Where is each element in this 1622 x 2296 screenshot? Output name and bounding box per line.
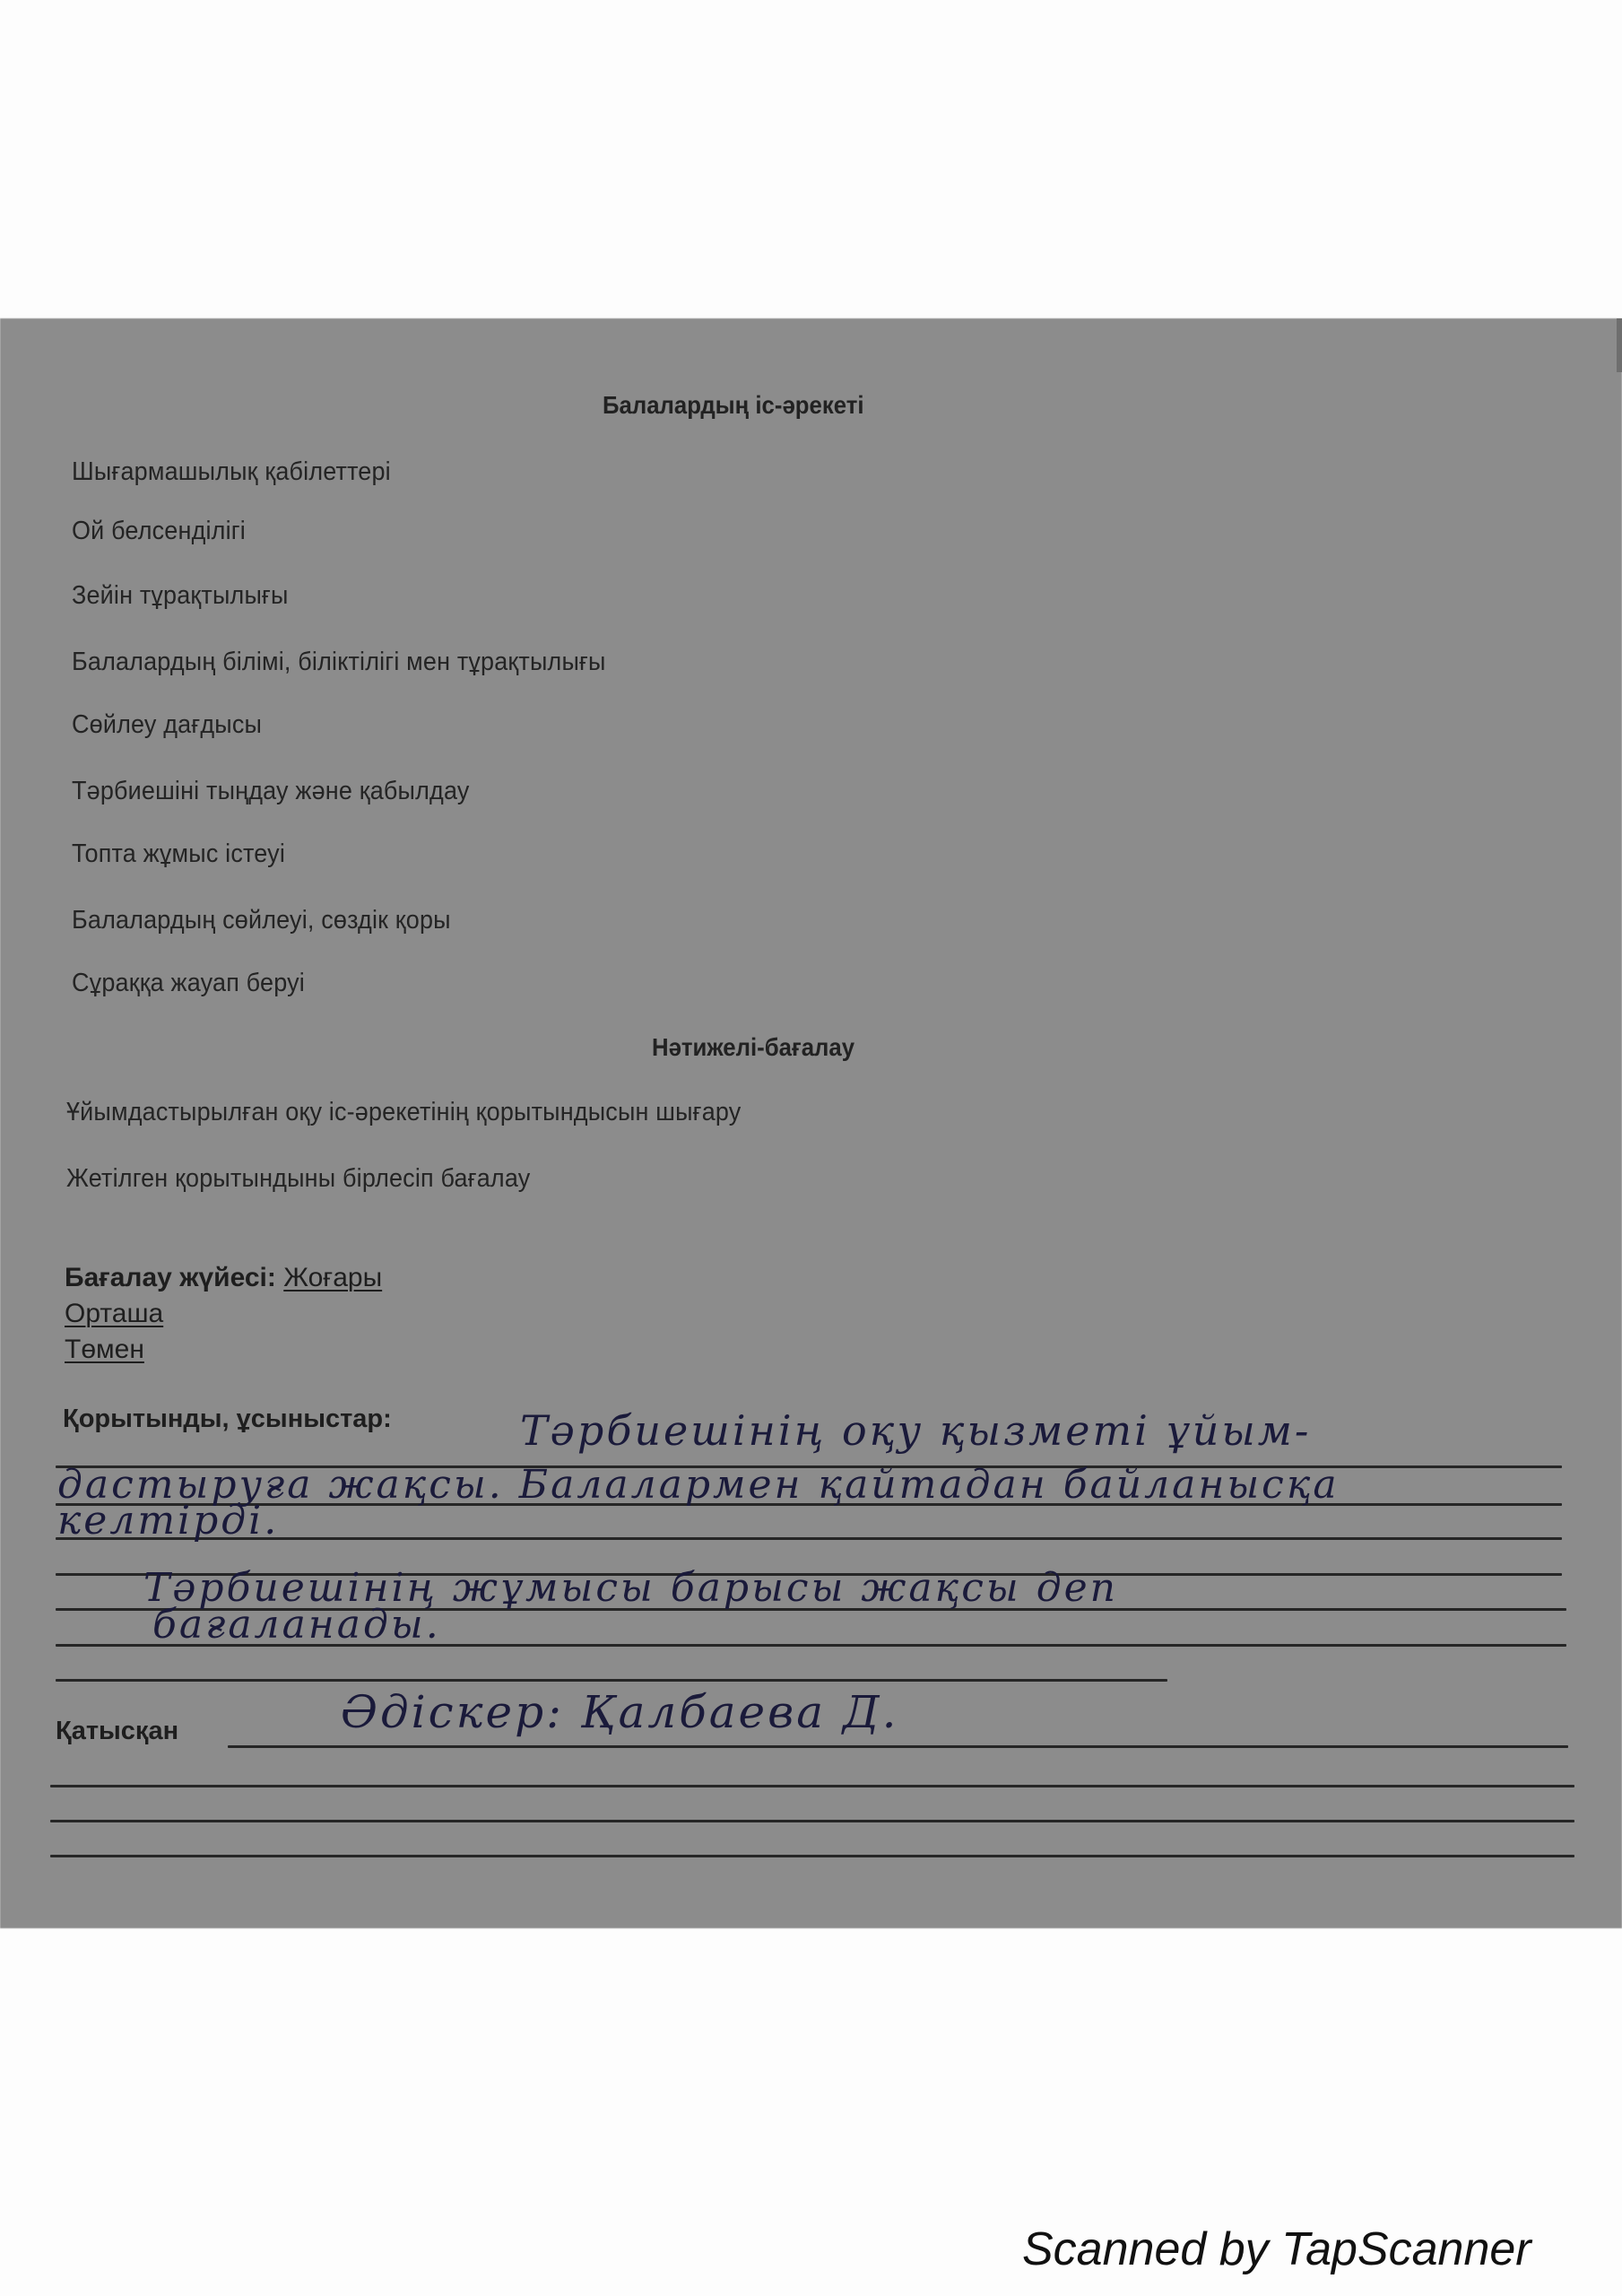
assessment-label: Бағалау жүйесі: [65, 1263, 276, 1292]
result-item: Жетілген қорытындыны бірлесіп бағалау [66, 1164, 530, 1194]
activity-item: Ой белсенділігі [72, 517, 246, 546]
section-title-activity: Балалардың іс-әрекеті [603, 391, 863, 420]
result-item: Ұйымдастырылған оқу іс-әрекетінің қорыты… [66, 1098, 741, 1127]
assessment-level-medium: Орташа [65, 1299, 163, 1329]
conclusions-label: Қорытынды, ұсыныстар: [63, 1405, 392, 1434]
handwritten-conclusion-line: бағаланады. [152, 1602, 441, 1648]
activity-item: Сөйлеу дағдысы [72, 710, 262, 740]
activity-item: Зейін тұрақтылығы [72, 581, 289, 611]
handwritten-participant: Әдіскер: Қалбаева Д. [341, 1686, 898, 1738]
assessment-level-high: Жоғары [283, 1263, 382, 1292]
page-edge-shadow [1617, 318, 1622, 372]
section-title-result: Нәтижелі-бағалау [652, 1033, 854, 1062]
ruled-line [56, 1537, 1562, 1540]
activity-item: Топта жұмыс істеуі [72, 839, 285, 869]
activity-item: Балалардың білімі, біліктілігі мен тұрақ… [72, 648, 606, 677]
assessment-row: Бағалау жүйесі: Жоғары [65, 1263, 382, 1293]
ruled-line [50, 1785, 1574, 1787]
ruled-line [228, 1745, 1568, 1748]
scanner-watermark: Scanned by TapScanner [1022, 2222, 1531, 2276]
handwritten-conclusion-line: келтірді. [57, 1498, 279, 1544]
assessment-level-low: Төмен [65, 1335, 144, 1365]
handwritten-conclusion-line: Тәрбиешінің оқу қызметі ұйым- [520, 1406, 1311, 1455]
ruled-line [56, 1679, 1167, 1682]
activity-item: Сұраққа жауап беруі [72, 969, 305, 998]
ruled-line [50, 1820, 1574, 1822]
participants-label: Қатысқан [56, 1717, 178, 1746]
activity-item: Балалардың сөйлеуі, сөздік қоры [72, 906, 451, 935]
activity-item: Шығармашылық қабілеттері [72, 457, 391, 487]
ruled-line [50, 1855, 1574, 1857]
activity-item: Тәрбиешіні тыңдау және қабылдау [72, 777, 470, 806]
